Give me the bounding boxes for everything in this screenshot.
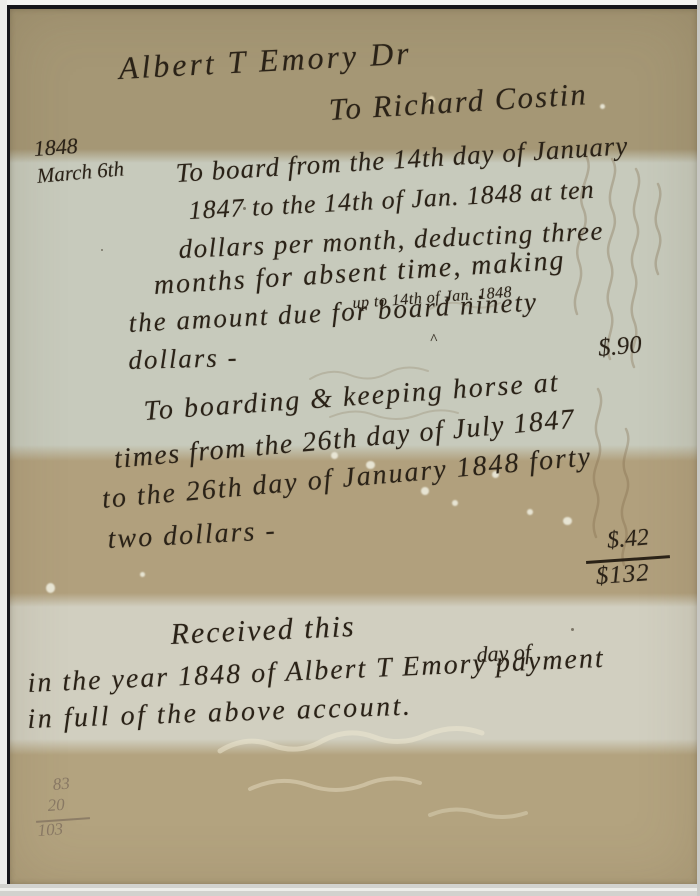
insertion-caret-mark: ^ xyxy=(430,333,436,348)
item2-amount: $.42 xyxy=(606,525,650,553)
paper-stain-spot xyxy=(452,500,458,506)
paper-stain-spot xyxy=(600,104,605,109)
item1-amount: $.90 xyxy=(597,332,643,361)
paper-stain-spot xyxy=(527,509,533,515)
pencil-addend-2: 20 xyxy=(47,796,65,814)
scanner-edge-left xyxy=(0,0,7,896)
paper-stain-spot xyxy=(46,583,55,593)
pencil-addend-1: 83 xyxy=(52,775,70,793)
item1-line6: dollars - xyxy=(128,344,239,374)
pencil-sum: 103 xyxy=(37,820,64,839)
ink-speck xyxy=(571,628,574,631)
ledger-year: 1848 xyxy=(33,135,78,160)
paper-stain-spot xyxy=(140,572,145,577)
ink-speck xyxy=(101,249,103,251)
paper-stain-spot xyxy=(421,487,429,495)
document-scan: Albert T Emory Dr To Richard Costin 1848… xyxy=(0,0,700,896)
paper-stain-spot xyxy=(563,517,572,525)
account-total: $132 xyxy=(595,560,651,589)
scanner-edge-bottom-line xyxy=(0,888,700,891)
